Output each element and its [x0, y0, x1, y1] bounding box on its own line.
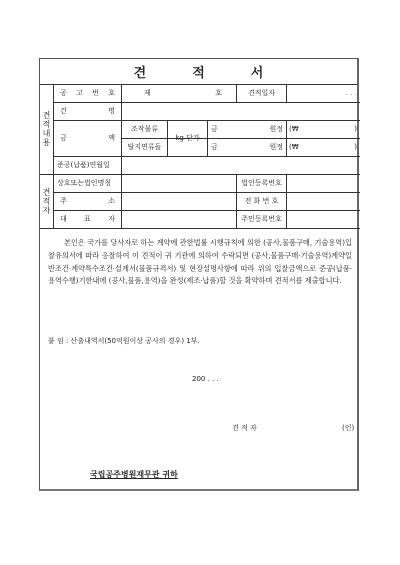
amount-suffix: 원정: [269, 126, 283, 133]
addressee: 국립공주병원재무관 귀하: [90, 469, 178, 480]
amount-2-number-field[interactable]: (₩ ): [287, 138, 360, 156]
project-name-field[interactable]: [122, 102, 360, 120]
representative-field[interactable]: [122, 210, 236, 228]
amount-1-number-field[interactable]: (₩ ): [287, 120, 360, 138]
completion-date-field[interactable]: [122, 156, 360, 174]
title-char-2: 적: [192, 62, 205, 81]
amount-2-words-field[interactable]: 금 원정: [208, 138, 286, 156]
label-char: 건: [60, 108, 67, 115]
seal-mark: (인): [342, 423, 354, 433]
declaration-text: 본인은 국가를 당사자로 하는 계약에 관한법률 시행규칙에 의한 (공사,물품…: [48, 238, 352, 285]
side-char: 자: [43, 206, 51, 215]
side-char: 적: [43, 120, 51, 129]
label-char: 대: [60, 216, 67, 223]
won-prefix: (₩: [289, 144, 299, 151]
label-char: 명: [108, 108, 115, 115]
label-char: 액: [108, 135, 115, 142]
side-char: 용: [43, 138, 51, 147]
paren-close: ): [354, 126, 357, 133]
item-type-2-label: 탈지면류들: [122, 138, 167, 156]
amount-suffix: 원정: [269, 144, 283, 151]
side-char: 적: [43, 197, 51, 206]
label-char: 금: [60, 135, 67, 142]
estimate-date-label: 견적일자: [237, 84, 286, 102]
notice-number-field[interactable]: 제 호: [122, 84, 236, 102]
bidder-side-label: 견 적 자: [40, 174, 53, 228]
estimate-content-side-label: 견 적 내 용: [40, 84, 53, 174]
label-char: 소: [108, 198, 115, 205]
company-name-field[interactable]: [122, 174, 236, 192]
won-prefix: (₩: [289, 126, 299, 133]
amount-1-words-field[interactable]: 금 원정: [208, 120, 286, 138]
side-char: 견: [43, 111, 51, 120]
phone-number-label: 전 화 번 호: [237, 192, 286, 210]
label-char: 표: [84, 216, 91, 223]
representative-label: 대 표 자: [54, 210, 121, 228]
label-char: 고: [76, 90, 83, 97]
notice-number-label: 공 고 번 호: [54, 84, 121, 102]
notice-prefix: 제: [144, 90, 151, 97]
signer-label: 견 적 자: [232, 423, 257, 433]
unit-price-label: kg 단가: [168, 120, 207, 156]
declaration-paragraph: 본인은 국가를 당사자로 하는 계약에 관한법률 시행규칙에 의한 (공사,물품…: [48, 237, 352, 288]
amount-prefix: 금: [211, 144, 218, 151]
title-char-1: 견: [134, 62, 147, 81]
amount-prefix: 금: [211, 126, 218, 133]
notice-suffix: 호: [215, 90, 222, 97]
phone-number-field[interactable]: [287, 192, 360, 210]
address-label: 주 소: [54, 192, 121, 210]
project-name-label: 건 명: [54, 102, 121, 120]
estimate-form: 견 적 서 견 적 내 용 공 고 번 호 제 호 견적일자 . . .: [39, 58, 359, 491]
side-char: 견: [43, 188, 51, 197]
title-char-3: 서: [251, 62, 264, 81]
amount-label: 금 액: [54, 120, 121, 156]
label-char: 공: [60, 90, 67, 97]
attachment-note: 붙 임 : 산출내역서(50억원이상 공사의 경우) 1부.: [48, 336, 200, 346]
label-char: 자: [108, 216, 115, 223]
label-char: 번: [92, 90, 99, 97]
address-field[interactable]: [122, 192, 236, 210]
corp-reg-number-label: 법인등록번호: [237, 174, 286, 192]
side-char: 내: [43, 129, 51, 138]
paren-close: ): [354, 144, 357, 151]
completion-date-label: 준공(납품)연월일: [54, 156, 121, 174]
corp-reg-number-field[interactable]: [287, 174, 360, 192]
company-name-label: 상호또는법인명칭: [54, 174, 121, 192]
label-char: 호: [108, 90, 115, 97]
resident-reg-number-label: 주민등록번호: [237, 210, 286, 228]
resident-reg-number-field[interactable]: [287, 210, 360, 228]
form-title: 견 적 서: [40, 59, 357, 85]
submission-date[interactable]: 200 . . .: [192, 375, 219, 383]
item-type-1-label: 조작물류: [122, 120, 167, 138]
label-char: 주: [60, 198, 67, 205]
estimate-date-field[interactable]: . . .: [287, 84, 360, 102]
